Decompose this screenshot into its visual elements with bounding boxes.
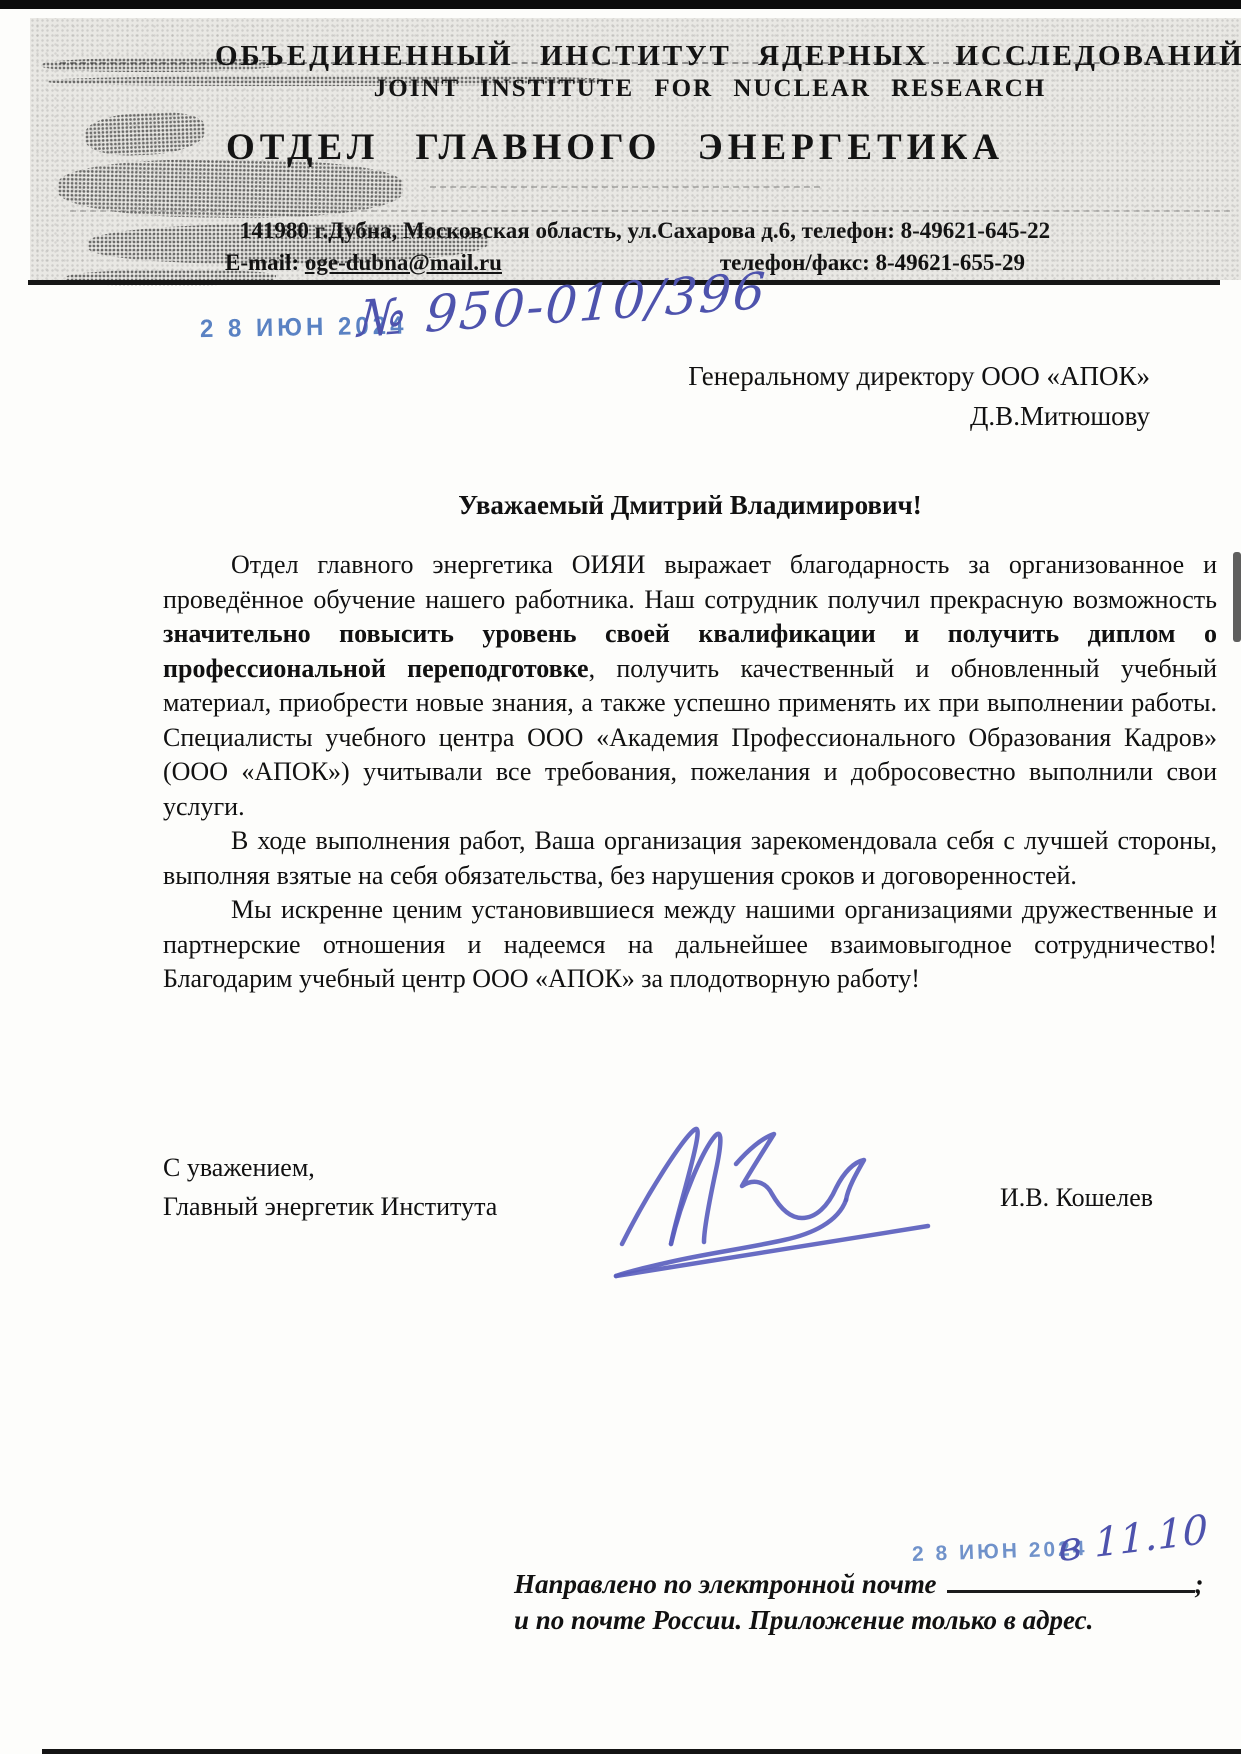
paragraph-2: В ходе выполнения работ, Ваша организаци… — [163, 824, 1217, 893]
addressee-block: Генеральному директору ООО «АПОК» Д.В.Ми… — [688, 356, 1150, 436]
scan-dash-line — [430, 186, 820, 188]
scan-top-edge-bar — [0, 0, 1241, 9]
email-address: oge-dubna@mail.ru — [305, 250, 502, 275]
scan-right-edge-smudge — [1233, 552, 1241, 642]
email-line: E-mail: oge-dubna@mail.ru — [225, 250, 502, 276]
paragraph-1-part1: Отдел главного энергетика ОИЯИ выражает … — [163, 550, 1217, 614]
scan-bottom-edge-bar — [42, 1749, 1241, 1754]
delivery-note-line1: Направлено по электронной почте; — [514, 1566, 1204, 1602]
fax-number: 8-49621-655-29 — [876, 250, 1025, 275]
delivery-note-line2: и по почте России. Приложение только в а… — [514, 1602, 1204, 1638]
signer-name: И.В. Кошелев — [1000, 1183, 1153, 1213]
addressee-line2: Д.В.Митюшову — [688, 396, 1150, 436]
delivery-note: Направлено по электронной почте; и по по… — [514, 1566, 1204, 1638]
handwritten-time: в 11.10 — [1058, 1507, 1208, 1572]
delivery-note-suffix: ; — [1195, 1569, 1204, 1599]
delivery-note-prefix: Направлено по электронной почте — [514, 1569, 937, 1599]
letter-body: Отдел главного энергетика ОИЯИ выражает … — [163, 548, 1217, 997]
signature-ink — [608, 1122, 938, 1287]
scan-dash-line — [70, 210, 1230, 212]
blank-underline — [947, 1568, 1195, 1593]
email-label: E-mail: — [225, 250, 305, 275]
signoff-block: С уважением, Главный энергетик Института — [163, 1148, 497, 1226]
signoff-line2: Главный энергетик Института — [163, 1187, 497, 1226]
paragraph-1: Отдел главного энергетика ОИЯИ выражает … — [163, 548, 1217, 824]
institute-name-ru: ОБЪЕДИНЕННЫЙ ИНСТИТУТ ЯДЕРНЫХ ИССЛЕДОВАН… — [215, 40, 1205, 73]
institute-name-en: JOINT INSTITUTE FOR NUCLEAR RESEARCH — [215, 75, 1205, 103]
scanned-letter-page: ОБЪЕДИНЕННЫЙ ИНСТИТУТ ЯДЕРНЫХ ИССЛЕДОВАН… — [0, 0, 1241, 1754]
salutation: Уважаемый Дмитрий Владимирович! — [163, 490, 1217, 521]
department-title: ОТДЕЛ ГЛАВНОГО ЭНЕРГЕТИКА — [135, 126, 1095, 169]
signoff-line1: С уважением, — [163, 1148, 497, 1187]
letterhead-band: ОБЪЕДИНЕННЫЙ ИНСТИТУТ ЯДЕРНЫХ ИССЛЕДОВАН… — [30, 18, 1241, 280]
address-phone-line: 141980 г.Дубна, Московская область, ул.С… — [150, 218, 1140, 244]
addressee-line1: Генеральному директору ООО «АПОК» — [688, 356, 1150, 396]
paragraph-3: Мы искренне ценим установившиеся между н… — [163, 893, 1217, 997]
